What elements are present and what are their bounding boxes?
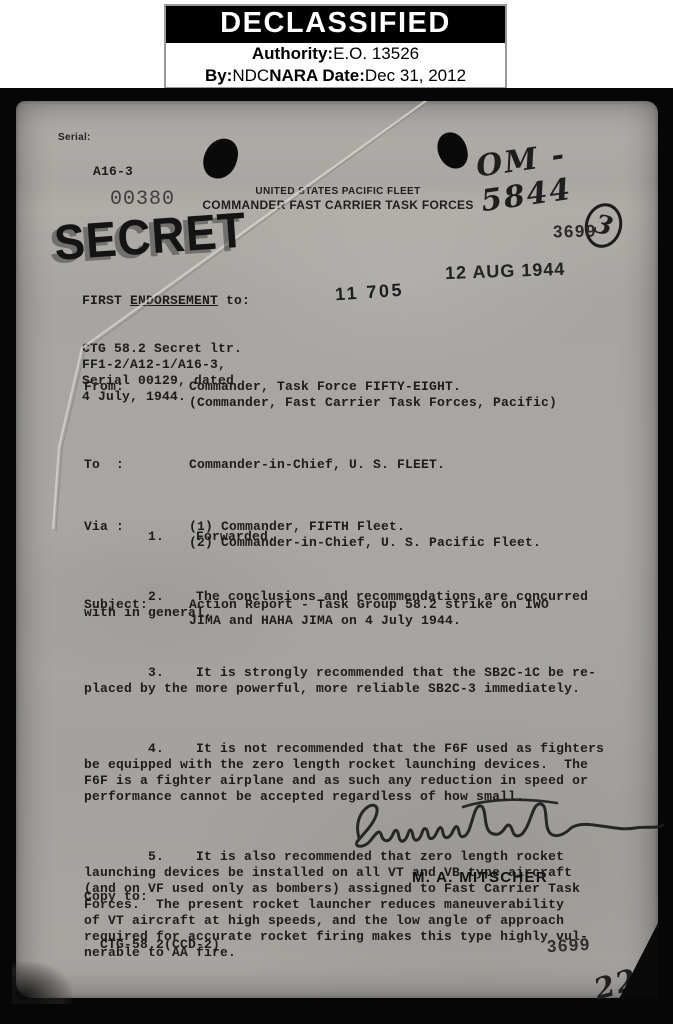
punch-hole-right	[434, 129, 470, 171]
signer-name: M. A. MITSCHER	[412, 869, 548, 886]
by-value: NDC	[232, 66, 269, 85]
document-paper: Serial: A16-3 00380 UNITED STATES PACIFI…	[16, 101, 658, 998]
authority-line: Authority:E.O. 13526	[166, 43, 505, 65]
copy-to-block: Copy to: CTG-58.2(CCD-2)	[84, 857, 220, 985]
scanned-document-page: DECLASSIFIED Authority:E.O. 13526 By:NDC…	[0, 0, 673, 1024]
field-row-from: From: Commander, Task Force FIFTY-EIGHT.…	[84, 379, 644, 411]
punch-hole-left	[200, 135, 242, 183]
nara-date-label: NARA Date:	[269, 66, 365, 85]
paragraph-2: 2. The conclusions and recommendations a…	[84, 589, 632, 621]
register-stamp-bottom: 3699	[547, 935, 592, 957]
from-label: From:	[84, 379, 189, 411]
from-value: Commander, Task Force FIFTY-EIGHT. (Comm…	[189, 379, 557, 411]
by-line: By:NDCNARA Date:Dec 31, 2012	[166, 65, 505, 87]
copy-to-label: Copy to:	[84, 889, 220, 905]
nara-date-value: Dec 31, 2012	[365, 66, 466, 85]
by-label: By:	[205, 66, 232, 85]
signature-script	[345, 790, 665, 862]
letterhead-fleet: UNITED STATES PACIFIC FLEET	[168, 186, 508, 197]
banner-strip: DECLASSIFIED Authority:E.O. 13526 By:NDC…	[0, 0, 673, 88]
endorsement-heading: FIRST ENDORSEMENT to:	[82, 293, 362, 309]
authority-label: Authority:	[252, 44, 333, 63]
date-received-stamp: 12 AUG 1944	[445, 259, 566, 284]
register-stamp-top: 3699	[553, 222, 597, 243]
serial-label: Serial:	[58, 130, 91, 146]
scan-background: Serial: A16-3 00380 UNITED STATES PACIFI…	[0, 88, 673, 1024]
corner-shadow	[12, 962, 72, 1004]
to-label: To :	[84, 457, 189, 473]
paragraph-1: 1. Forwarded.	[84, 529, 632, 545]
paragraph-3: 3. It is strongly recommended that the S…	[84, 665, 632, 697]
copy-to-value: CTG-58.2(CCD-2)	[100, 937, 220, 953]
file-number: A16-3	[93, 164, 133, 180]
page-corner-fold	[619, 921, 659, 999]
declassified-banner: DECLASSIFIED Authority:E.O. 13526 By:NDC…	[164, 4, 507, 89]
declassified-title: DECLASSIFIED	[166, 6, 505, 43]
field-row-to: To : Commander-in-Chief, U. S. FLEET.	[84, 457, 644, 473]
handwritten-routing-number: OM - 5844	[474, 125, 662, 219]
authority-value: E.O. 13526	[333, 44, 419, 63]
to-value: Commander-in-Chief, U. S. FLEET.	[189, 457, 445, 473]
